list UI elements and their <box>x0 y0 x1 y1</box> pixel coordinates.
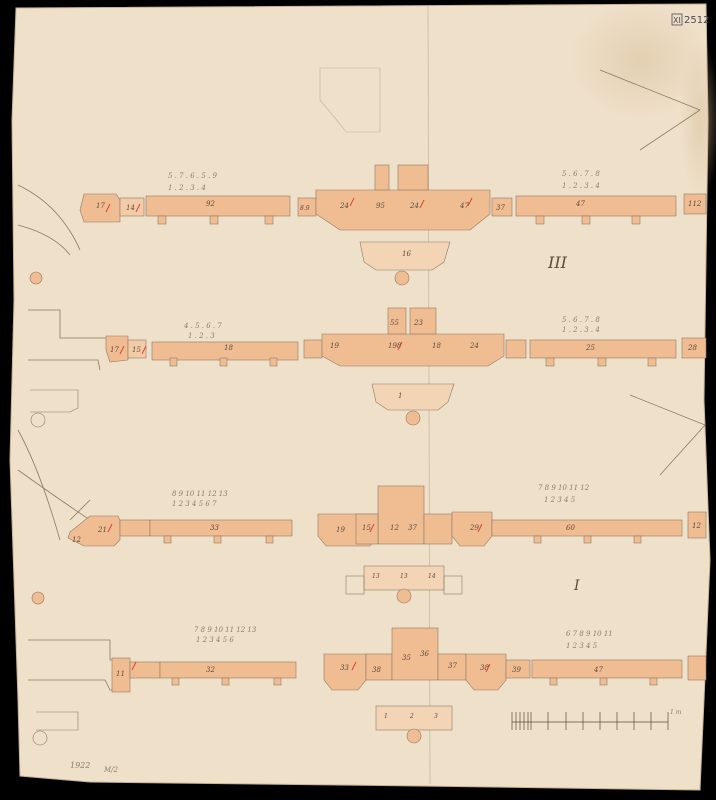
svg-text:29: 29 <box>469 524 479 532</box>
svg-text:37: 37 <box>496 204 505 212</box>
svg-text:19: 19 <box>330 342 339 350</box>
svg-text:36: 36 <box>420 650 429 658</box>
svg-text:24: 24 <box>469 342 479 350</box>
svg-text:15: 15 <box>132 346 141 354</box>
svg-text:2: 2 <box>409 713 414 720</box>
svg-text:4 . 5 . 6 . 7: 4 . 5 . 6 . 7 <box>183 322 222 330</box>
svg-text:92: 92 <box>206 200 215 208</box>
svg-text:35: 35 <box>402 654 411 662</box>
svg-text:1 . 2 . 3 . 4: 1 . 2 . 3 . 4 <box>562 326 600 334</box>
pencil-note-year: 1922 <box>70 761 90 770</box>
svg-text:13: 13 <box>372 573 380 580</box>
svg-text:1 2 3 4 5 6: 1 2 3 4 5 6 <box>196 636 234 644</box>
catalog-stamp: XI 2512 <box>672 14 709 26</box>
svg-text:8 9 10 11 12 13: 8 9 10 11 12 13 <box>172 490 228 498</box>
svg-text:1 . 2 . 3 . 4: 1 . 2 . 3 . 4 <box>168 184 206 192</box>
svg-text:11: 11 <box>116 670 125 678</box>
svg-text:14: 14 <box>126 204 135 212</box>
svg-text:7 8 9 10 11 12: 7 8 9 10 11 12 <box>538 484 590 492</box>
svg-text:6 7 8 9 10 11: 6 7 8 9 10 11 <box>566 630 613 638</box>
svg-text:23: 23 <box>413 319 423 327</box>
svg-text:2512: 2512 <box>684 15 709 26</box>
svg-text:13: 13 <box>400 573 408 580</box>
svg-text:60: 60 <box>566 524 575 532</box>
pencil-note-code: M/2 <box>103 766 119 774</box>
svg-text:95: 95 <box>376 202 385 210</box>
svg-text:39: 39 <box>512 666 521 674</box>
svg-text:14: 14 <box>428 573 436 580</box>
svg-text:32: 32 <box>206 666 215 674</box>
svg-text:17: 17 <box>96 202 105 210</box>
svg-text:III: III <box>547 253 568 272</box>
svg-text:8.9: 8.9 <box>300 205 310 212</box>
svg-text:19: 19 <box>336 526 345 534</box>
svg-text:7 8 9 10 11 12 13: 7 8 9 10 11 12 13 <box>194 626 257 634</box>
svg-text:38: 38 <box>372 666 381 674</box>
architectural-drawing-sheet: XI 2512 <box>0 0 716 800</box>
svg-text:37: 37 <box>408 524 417 532</box>
svg-text:37: 37 <box>448 662 457 670</box>
scale-bar-label: 1 m <box>670 709 682 716</box>
svg-text:112: 112 <box>688 200 702 208</box>
svg-text:47: 47 <box>593 666 603 674</box>
svg-text:1 . 2 . 3: 1 . 2 . 3 <box>188 332 215 340</box>
svg-text:28: 28 <box>687 344 697 352</box>
svg-text:15: 15 <box>362 524 371 532</box>
svg-text:18: 18 <box>224 344 233 352</box>
svg-text:33: 33 <box>340 664 349 672</box>
svg-text:3: 3 <box>434 713 438 720</box>
svg-text:25: 25 <box>585 344 595 352</box>
svg-text:1 2 3 4 5 6 7: 1 2 3 4 5 6 7 <box>172 500 217 508</box>
svg-text:1 2 3 4 5: 1 2 3 4 5 <box>544 496 576 504</box>
svg-text:24: 24 <box>339 202 349 210</box>
svg-text:17: 17 <box>110 346 119 354</box>
svg-text:1: 1 <box>398 392 402 400</box>
svg-text:24: 24 <box>409 202 419 210</box>
svg-text:16: 16 <box>402 250 411 258</box>
svg-text:12: 12 <box>72 536 81 544</box>
svg-text:5 . 7 . 6 . 5 . 9: 5 . 7 . 6 . 5 . 9 <box>168 172 218 180</box>
svg-text:55: 55 <box>390 319 399 327</box>
svg-text:XI: XI <box>673 16 681 25</box>
svg-text:1 2 3 4 5: 1 2 3 4 5 <box>566 642 598 650</box>
svg-text:21: 21 <box>97 526 107 534</box>
svg-text:18: 18 <box>432 342 441 350</box>
svg-text:1: 1 <box>384 713 388 720</box>
svg-text:1 . 2 . 3 . 4: 1 . 2 . 3 . 4 <box>562 182 600 190</box>
svg-text:I: I <box>573 578 580 594</box>
svg-text:5 . 6 . 7 . 8: 5 . 6 . 7 . 8 <box>562 316 600 324</box>
svg-text:47: 47 <box>575 200 585 208</box>
svg-text:47: 47 <box>459 202 469 210</box>
svg-text:12: 12 <box>692 522 701 530</box>
svg-text:5 . 6 . 7 . 8: 5 . 6 . 7 . 8 <box>562 170 600 178</box>
svg-text:12: 12 <box>390 524 399 532</box>
svg-text:33: 33 <box>210 524 219 532</box>
